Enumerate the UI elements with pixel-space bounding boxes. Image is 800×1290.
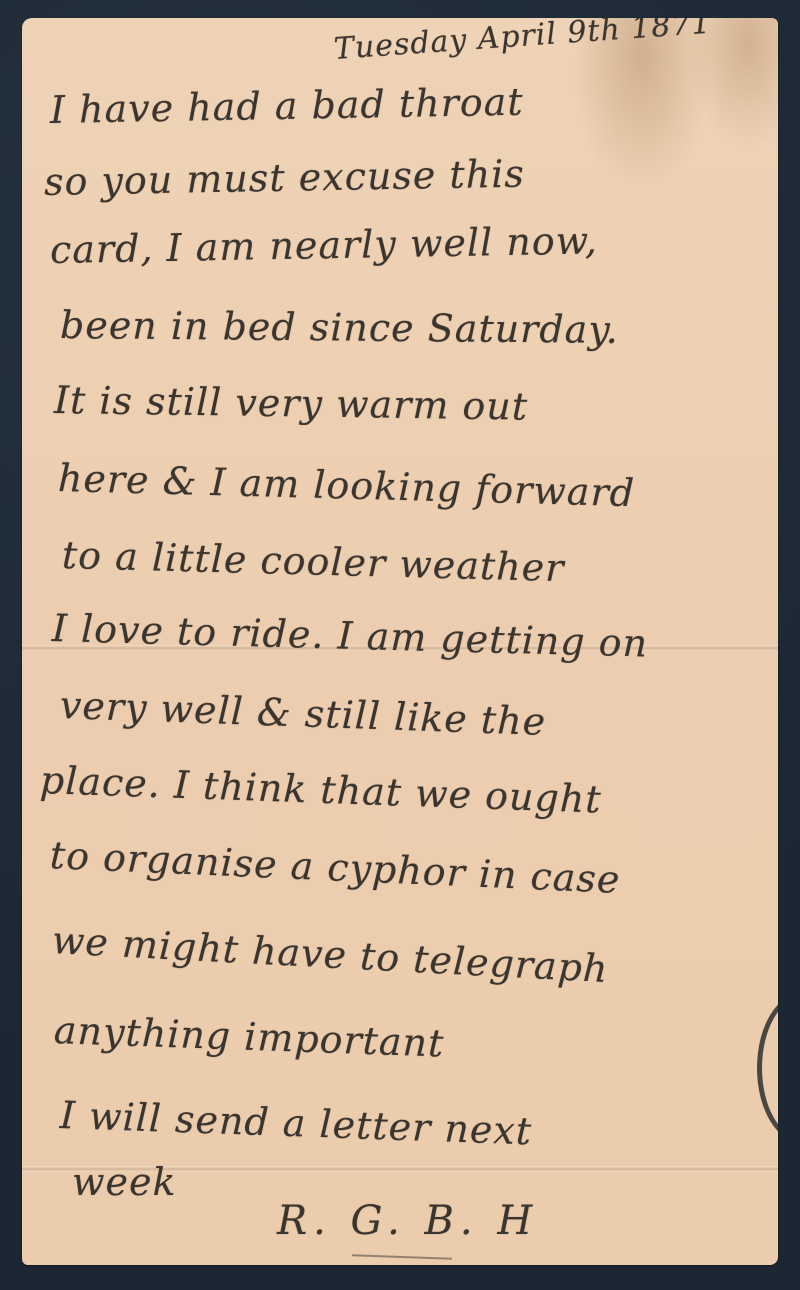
letter-line-2: so you must excuse this xyxy=(44,152,526,204)
signature-underline xyxy=(352,1254,452,1259)
letter-line-7: to a little cooler weather xyxy=(61,533,565,590)
letter-line-9: very well & still like the xyxy=(59,683,547,744)
letter-line-1: I have had a bad throat xyxy=(50,80,524,132)
letter-line-15: week xyxy=(72,1160,177,1204)
signature: R. G. B. H xyxy=(277,1198,538,1244)
letter-line-12: we might have to telegraph xyxy=(51,918,610,991)
letter-line-4: been in bed since Saturday. xyxy=(60,303,619,352)
letter-line-14: I will send a letter next xyxy=(59,1093,533,1153)
letter-line-8: I love to ride. I am getting on xyxy=(51,606,648,666)
letter-line-6: here & I am looking forward xyxy=(57,456,635,515)
postcard: Tuesday April 9th 1871 I have had a bad … xyxy=(22,18,778,1265)
letter-line-13: anything important xyxy=(53,1008,445,1066)
date-line: Tuesday April 9th 1871 xyxy=(333,18,713,67)
letter-line-5: It is still very warm out xyxy=(54,378,529,429)
letter-line-10: place. I think that we ought xyxy=(39,758,602,822)
letter-line-3: card, I am nearly well now, xyxy=(50,218,598,272)
letter-line-11: to organise a cyphor in case xyxy=(49,833,621,902)
postmark-stamp xyxy=(757,993,778,1143)
